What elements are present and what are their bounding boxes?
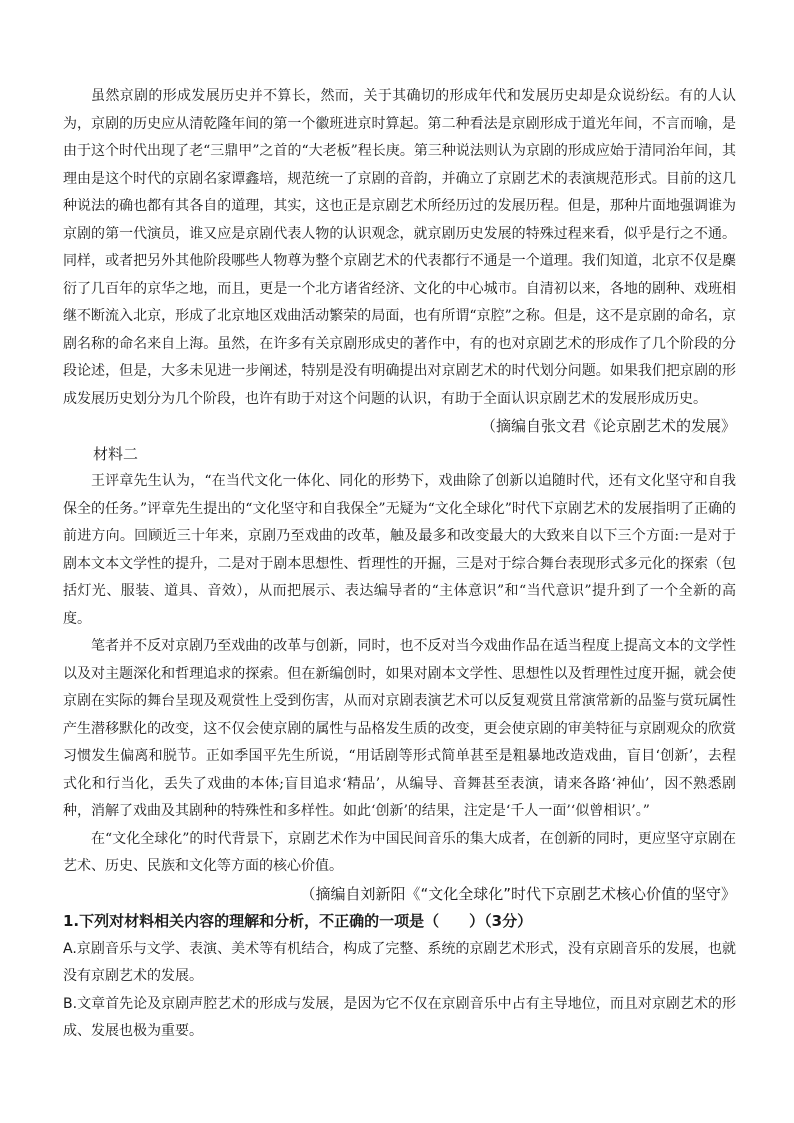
question-1-option-a: A.京剧音乐与文学、表演、美术等有机结合，构成了完整、系统的京剧艺术形式，没有京… — [63, 936, 736, 991]
question-1-option-b: B.文章首先论及京剧声腔艺术的形成与发展，是因为它不仅在京剧音乐中占有主导地位，… — [63, 991, 736, 1046]
material-two-citation: （摘编自刘新阳《“文化全球化”时代下京剧艺术核心价值的坚守》 — [63, 881, 736, 909]
exam-text-block: 虽然京剧的形成发展历史并不算长，然而，关于其确切的形成年代和发展历史却是众说纷纭… — [63, 83, 736, 1046]
material-one-citation: （摘编自张文君《论京剧艺术的发展》 — [63, 413, 736, 441]
material-one-continuation-paragraph: 虽然京剧的形成发展历史并不算长，然而，关于其确切的形成年代和发展历史却是众说纷纭… — [63, 83, 736, 413]
question-1-stem: 1.下列对材料相关内容的理解和分析，不正确的一项是（ ）（3分） — [63, 908, 736, 936]
material-two-heading: 材料二 — [63, 441, 736, 469]
exam-page: 虽然京剧的形成发展历史并不算长，然而，关于其确切的形成年代和发展历史却是众说纷纭… — [0, 0, 794, 1123]
material-two-paragraph-1: 王评章先生认为，“在当代文化一体化、同化的形势下，戏曲除了创新以追随时代，还有文… — [63, 468, 736, 633]
material-two-paragraph-3: 在“文化全球化”的时代背景下，京剧艺术作为中国民间音乐的集大成者，在创新的同时，… — [63, 826, 736, 881]
material-two-paragraph-2: 笔者并不反对京剧乃至戏曲的改革与创新，同时，也不反对当今戏曲作品在适当程度上提高… — [63, 633, 736, 826]
